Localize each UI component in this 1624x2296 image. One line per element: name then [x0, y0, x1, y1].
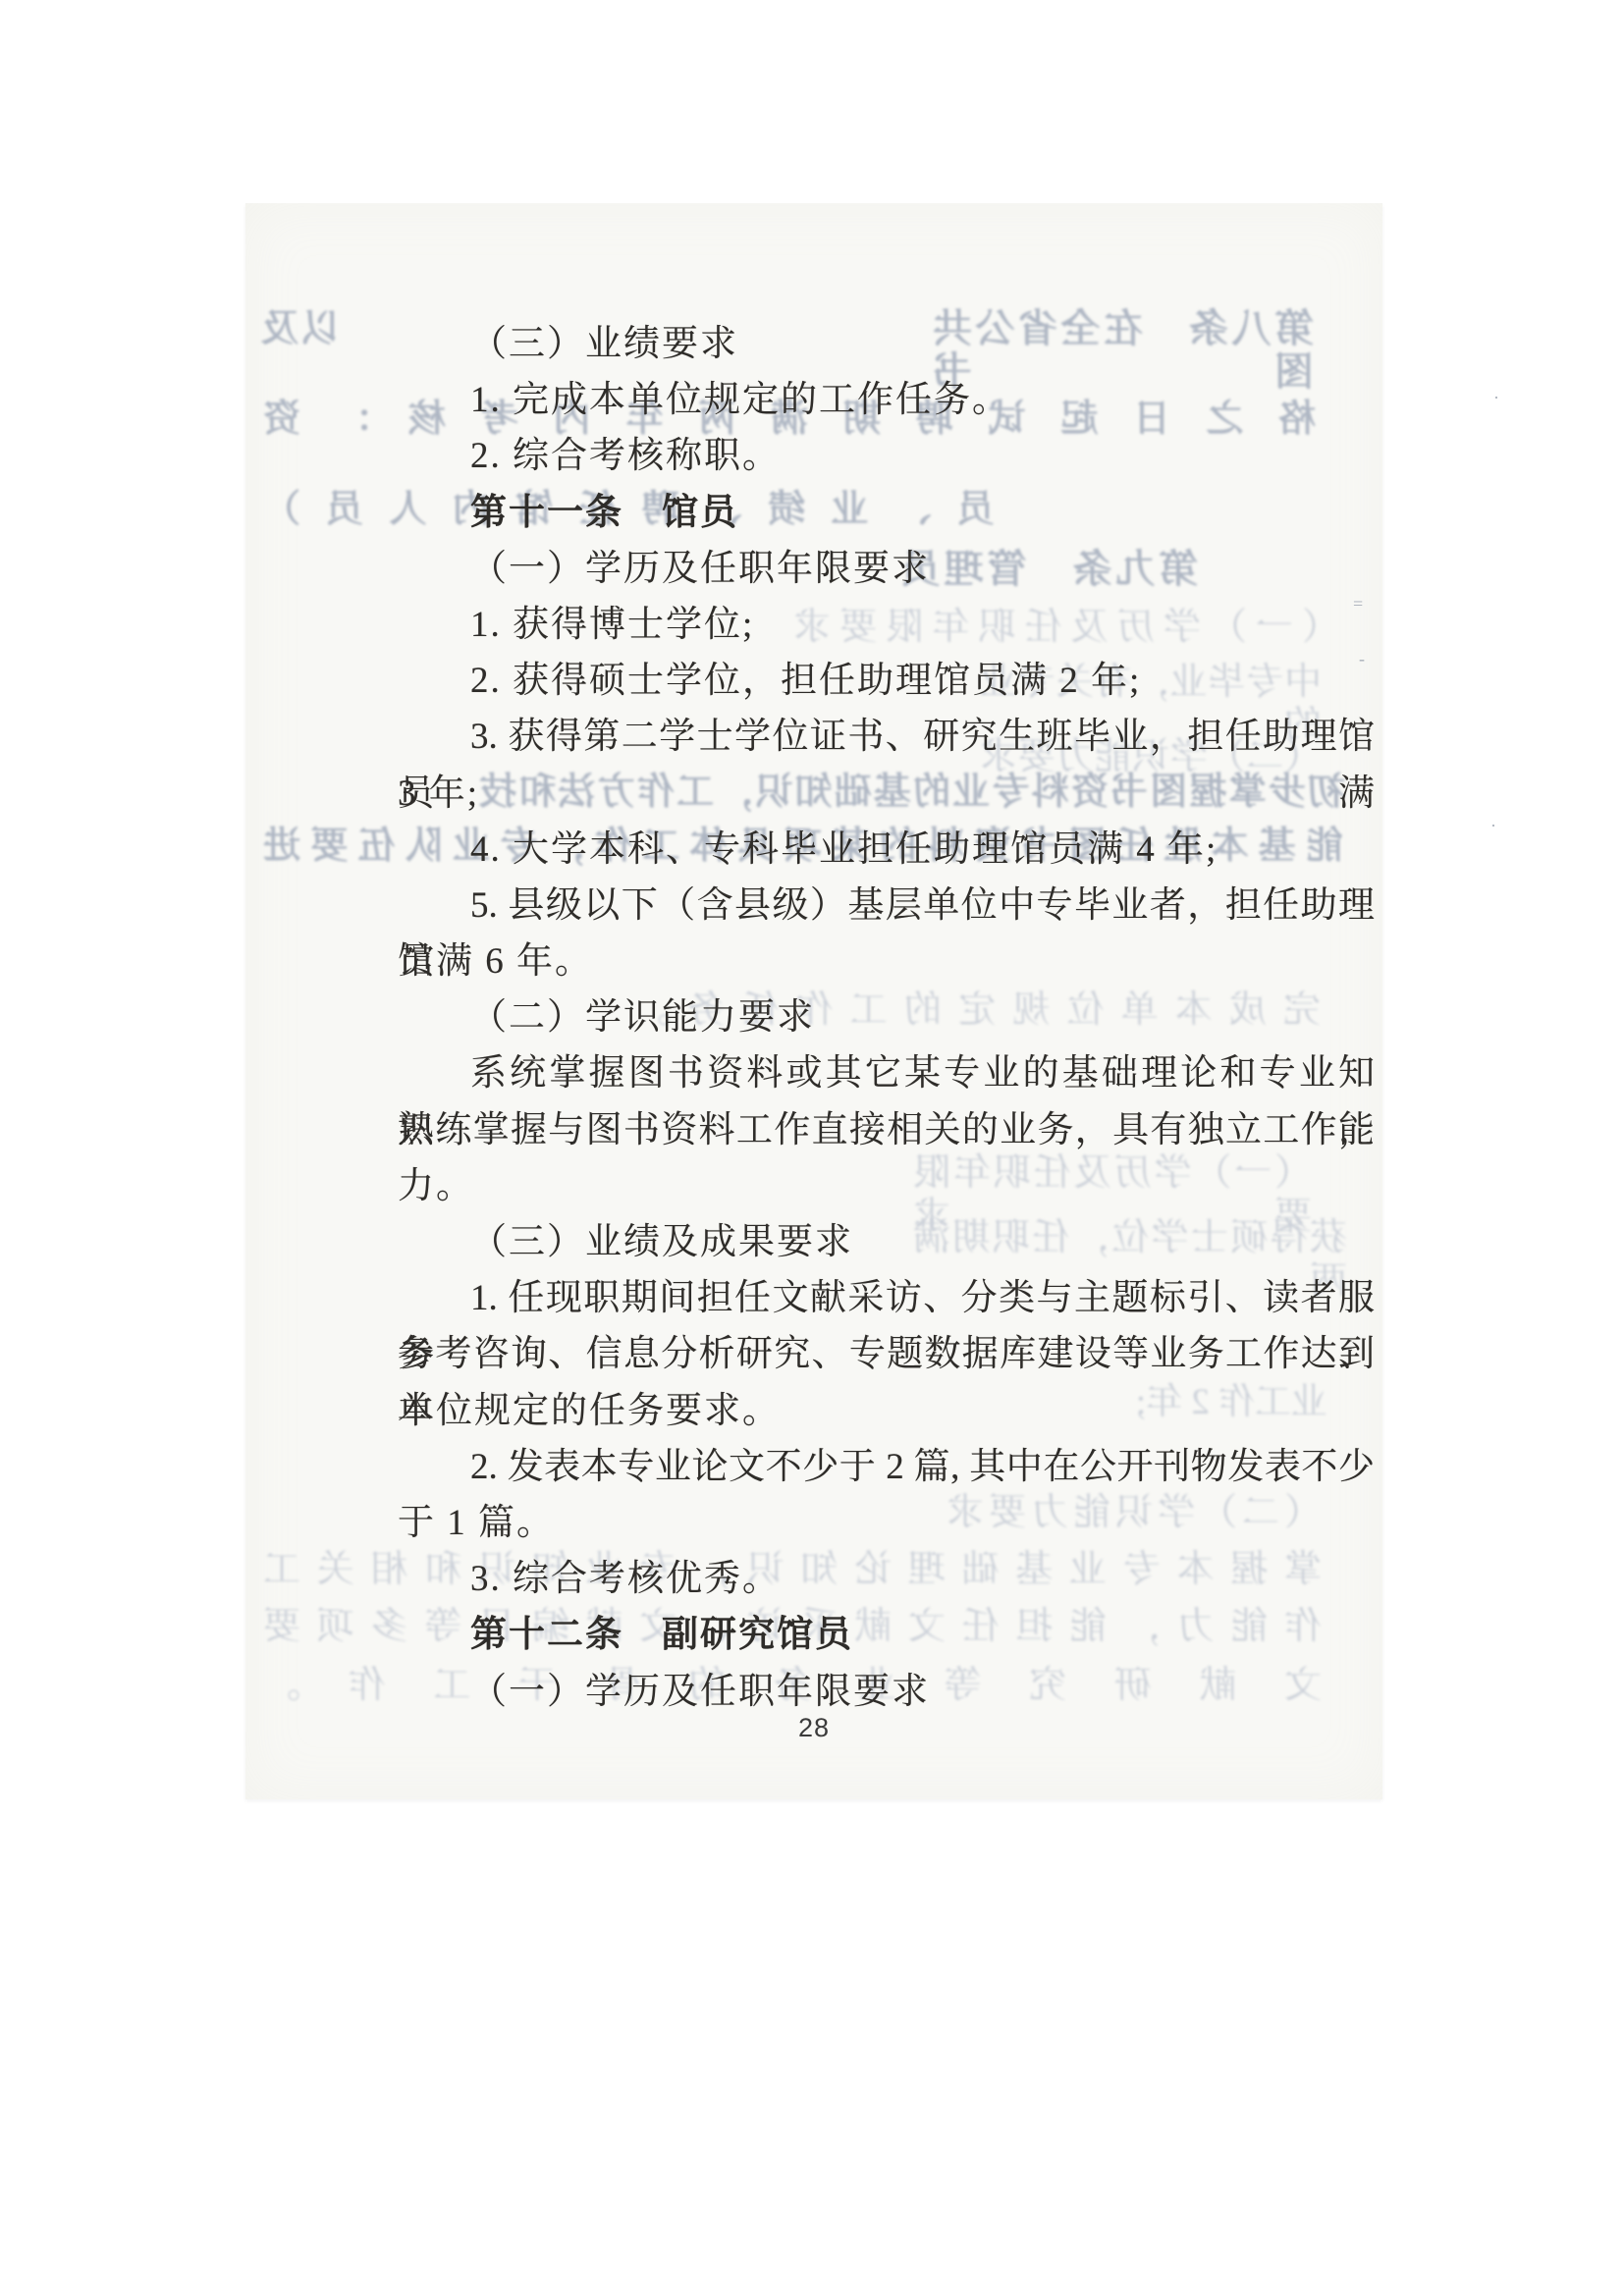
text-line: 于 1 篇。	[398, 1495, 1375, 1551]
page: 以及第八条 在全省公共图书格之日起试聘期满两年内考核：资员、业绩、聘任馆内人员）…	[245, 203, 1382, 1799]
scan-speck: ·	[1490, 817, 1496, 834]
scan-speck: =	[1353, 595, 1363, 613]
text-line: 单位规定的任务要求。	[398, 1383, 1375, 1439]
text-line: 2. 发表本专业论文不少于 2 篇, 其中在公开刊物发表不少	[398, 1439, 1375, 1495]
text-line: 2. 综合考核称职。	[398, 428, 1375, 484]
text-line: （二）学识能力要求	[398, 989, 1375, 1045]
text-line: 员满 6 年。	[398, 934, 1375, 989]
scanned-document-canvas: 以及第八条 在全省公共图书格之日起试聘期满两年内考核：资员、业绩、聘任馆内人员）…	[0, 0, 1624, 2296]
text-line: 参考咨询、信息分析研究、专题数据库建设等业务工作达到本	[398, 1326, 1375, 1382]
document-lines: （三）业绩要求1. 完成本单位规定的工作任务。2. 综合考核称职。第十一条 馆员…	[398, 316, 1375, 1720]
text-line: 3. 获得第二学士学位证书、研究生班毕业，担任助理馆员满	[398, 709, 1375, 765]
text-line: 力。	[398, 1158, 1375, 1214]
text-line: 熟练掌握与图书资料工作直接相关的业务，具有独立工作能	[398, 1102, 1375, 1158]
text-line: 1. 完成本单位规定的工作任务。	[398, 372, 1375, 428]
text-line: 1. 任现职期间担任文献采访、分类与主题标引、读者服务、	[398, 1270, 1375, 1326]
text-line: （一）学历及任职年限要求	[398, 1664, 1375, 1720]
bleed-through-text: 以及	[261, 307, 340, 350]
text-line: 1. 获得博士学位;	[398, 597, 1375, 653]
text-line: （一）学历及任职年限要求	[398, 541, 1375, 597]
text-line: 3. 综合考核优秀。	[398, 1551, 1375, 1607]
page-number: 28	[245, 1713, 1382, 1743]
text-line: 5. 县级以下（含县级）基层单位中专毕业者，担任助理馆	[398, 878, 1375, 934]
text-line: 系统掌握图书资料或其它某专业的基础理论和专业知识，	[398, 1045, 1375, 1101]
text-line: 第十一条 馆员	[398, 485, 1375, 541]
scan-speck: ·	[1493, 389, 1499, 406]
text-line: （三）业绩及成果要求	[398, 1214, 1375, 1270]
text-line: 2. 获得硕士学位，担任助理馆员满 2 年;	[398, 653, 1375, 709]
text-line: （三）业绩要求	[398, 316, 1375, 372]
scan-speck: -	[1359, 650, 1365, 667]
text-line: 4. 大学本科、专科毕业担任助理馆员满 4 年;	[398, 822, 1375, 878]
text-line: 第十二条 副研究馆员	[398, 1607, 1375, 1663]
